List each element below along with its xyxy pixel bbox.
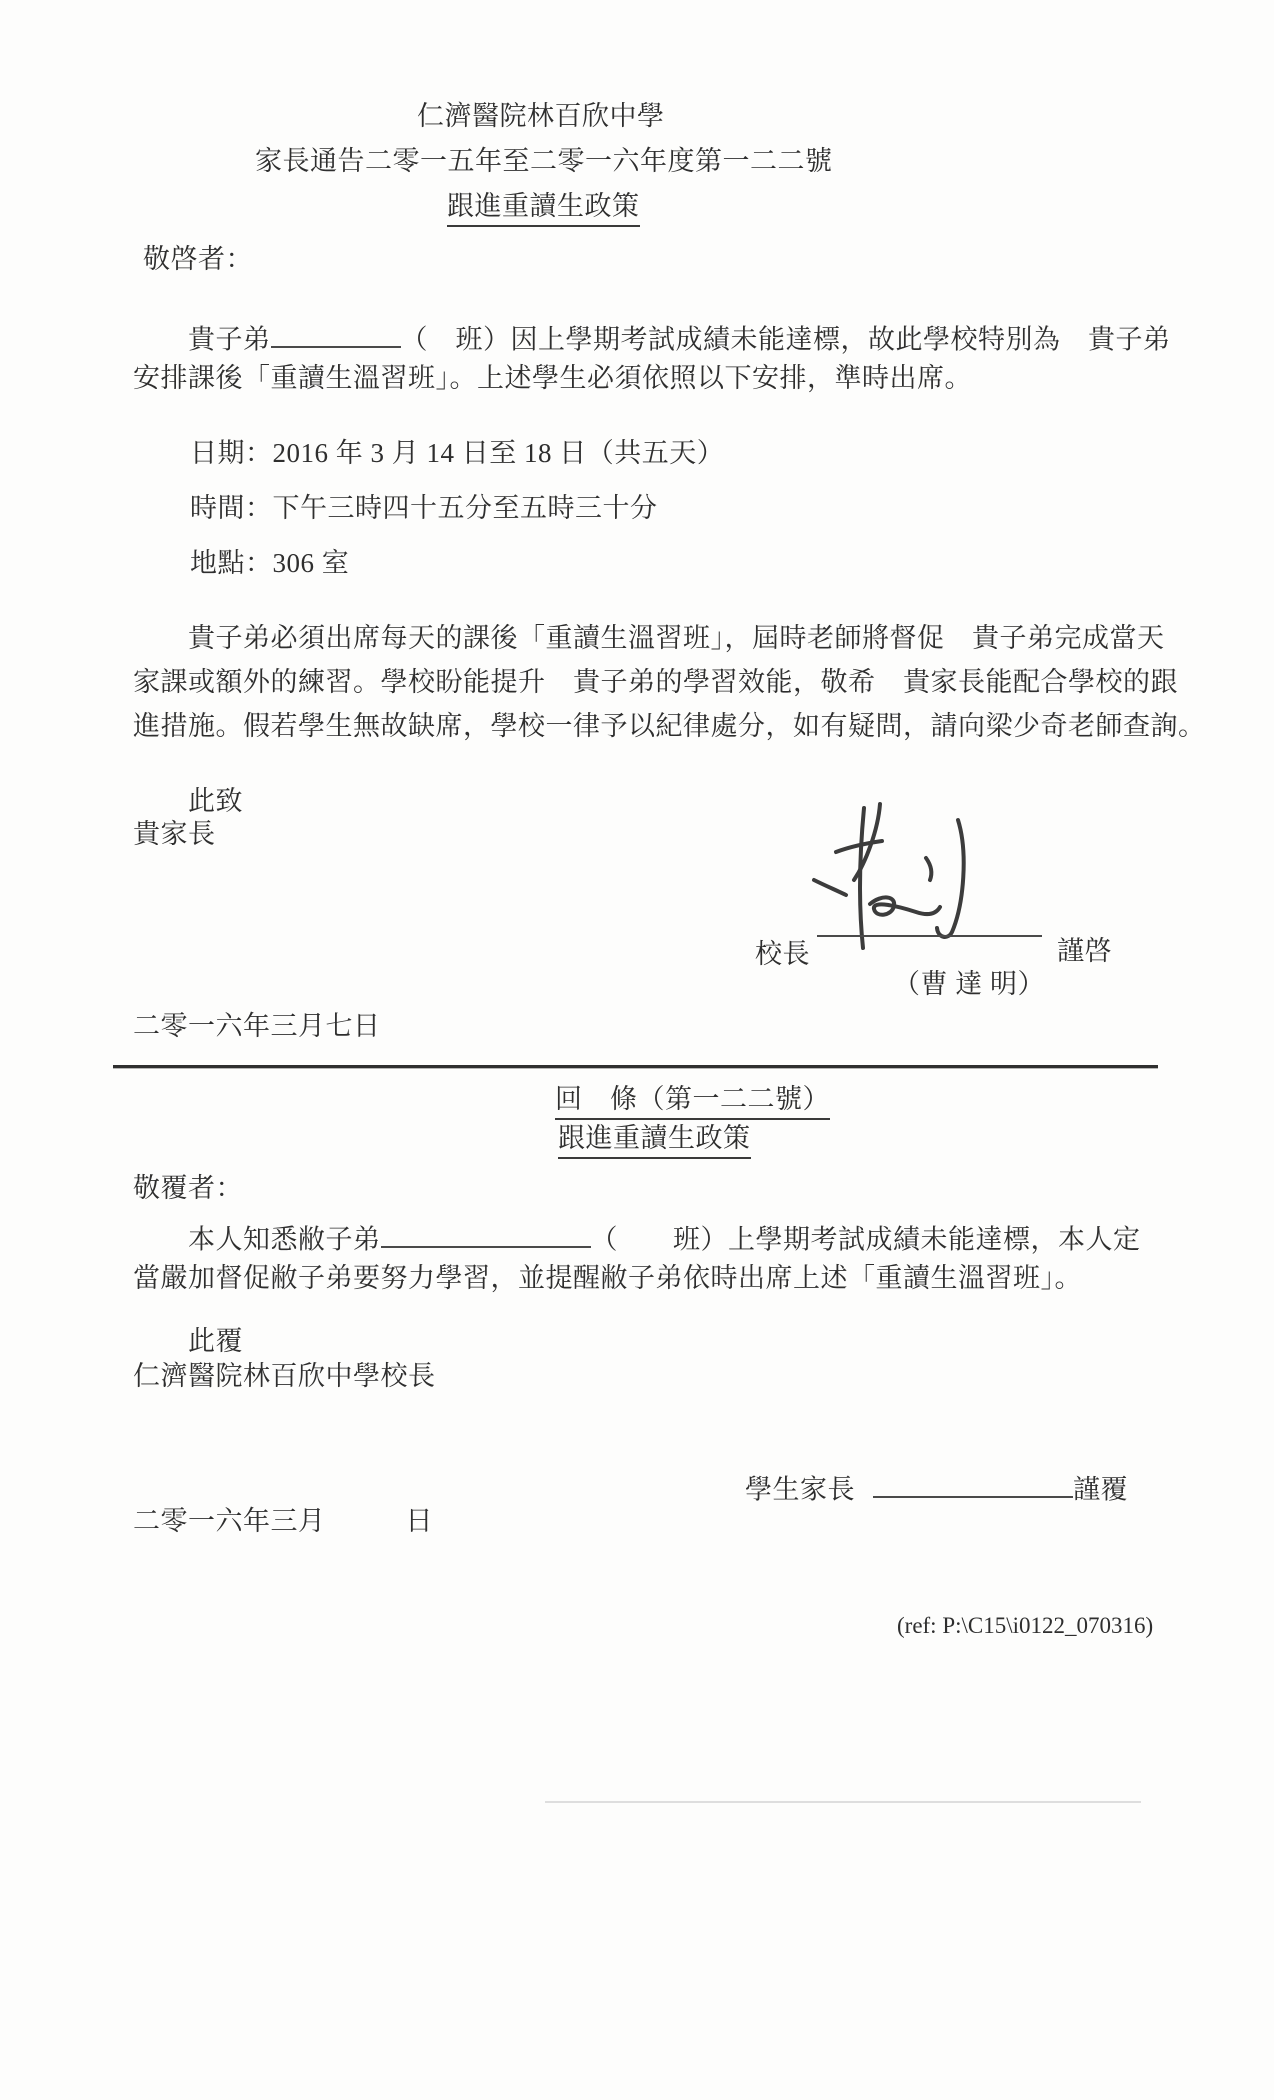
detail-date: 日期：2016 年 3 月 14 日至 18 日（共五天） — [190, 437, 724, 469]
reply-student-name-blank — [381, 1218, 591, 1248]
parent-suffix: 謹覆 — [1073, 1474, 1128, 1504]
reply-salutation: 敬覆者： — [133, 1172, 243, 1204]
para2-line2: 家課或額外的練習。學校盼能提升 貴子弟的學習效能，敬希 貴家長能配合學校的跟 — [133, 666, 1178, 698]
reply-date-suffix: 日 — [406, 1506, 434, 1536]
para2-line1-text: 貴子弟必須出席每天的課後「重讀生溫習班」，屆時老師將督促 貴子弟完成當天 — [188, 623, 1165, 653]
para2-line1: 貴子弟必須出席每天的課後「重讀生溫習班」，屆時老師將督促 貴子弟完成當天 — [133, 622, 1165, 654]
notice-subject-text: 跟進重讀生政策 — [447, 191, 640, 227]
student-name-blank — [271, 318, 401, 348]
reply-para-prefix: 本人知悉敝子弟 — [188, 1224, 381, 1254]
detail-venue: 地點：306 室 — [190, 547, 349, 579]
reply-slip-subject: 跟進重讀生政策 — [558, 1122, 751, 1154]
para2-line3: 進措施。假若學生無故缺席，學校一律予以紀律處分，如有疑問，請向梁少奇老師查詢。 — [133, 710, 1206, 742]
reply-closing: 此覆 — [188, 1325, 243, 1357]
reply-slip-title-text: 回 條（第一二二號） — [555, 1084, 830, 1120]
salutation: 敬啓者： — [143, 243, 253, 275]
principal-label: 校長 — [755, 938, 810, 970]
para1-prefix: 貴子弟 — [188, 324, 271, 354]
parent-signature-row: 學生家長謹覆 — [745, 1468, 1128, 1506]
principal-suffix: 謹啓 — [1057, 935, 1112, 967]
reply-para-line2: 當嚴加督促敝子弟要努力學習，並提醒敝子弟依時出席上述「重讀生溫習班」。 — [133, 1262, 1082, 1294]
parent-signature-line — [873, 1468, 1073, 1498]
para1-line1: 貴子弟（ 班）因上學期考試成績未能達標，故此學校特別為 貴子弟 — [133, 318, 1171, 356]
closing: 此致 — [188, 785, 243, 817]
reply-date: 二零一六年三月日 — [133, 1505, 433, 1537]
para1-line2: 安排課後「重讀生溫習班」。上述學生必須依照以下安排，準時出席。 — [133, 362, 972, 394]
issue-date: 二零一六年三月七日 — [133, 1010, 381, 1042]
reply-slip-title: 回 條（第一二二號） — [555, 1083, 830, 1115]
school-name: 仁濟醫院林百欣中學 — [417, 100, 665, 132]
section-divider — [113, 1065, 1158, 1068]
scan-artifact-line — [545, 1801, 1141, 1803]
parent-label: 學生家長 — [745, 1474, 855, 1504]
closing-addressee: 貴家長 — [133, 818, 216, 850]
principal-signature-line — [817, 918, 1042, 937]
notice-number-line: 家長通告二零一五年至二零一六年度第一二二號 — [255, 145, 833, 177]
notice-subject: 跟進重讀生政策 — [447, 190, 640, 222]
reply-date-prefix: 二零一六年三月 — [133, 1506, 326, 1536]
detail-time: 時間：下午三時四十五分至五時三十分 — [190, 492, 658, 524]
reply-para-after-blank: （ 班）上學期考試成績未能達標，本人定 — [591, 1224, 1141, 1254]
reply-para-line1: 本人知悉敝子弟（ 班）上學期考試成績未能達標，本人定 — [133, 1218, 1141, 1256]
reply-addressee: 仁濟醫院林百欣中學校長 — [133, 1360, 436, 1392]
principal-name: （曹 達 明） — [893, 968, 1045, 1000]
file-reference: (ref: P:\C15\i0122_070316) — [897, 1612, 1153, 1640]
para1-after-blank: （ 班）因上學期考試成績未能達標，故此學校特別為 貴子弟 — [401, 324, 1171, 354]
scanned-notice-page: 仁濟醫院林百欣中學 家長通告二零一五年至二零一六年度第一二二號 跟進重讀生政策 … — [0, 0, 1274, 2100]
reply-slip-subject-text: 跟進重讀生政策 — [558, 1123, 751, 1159]
